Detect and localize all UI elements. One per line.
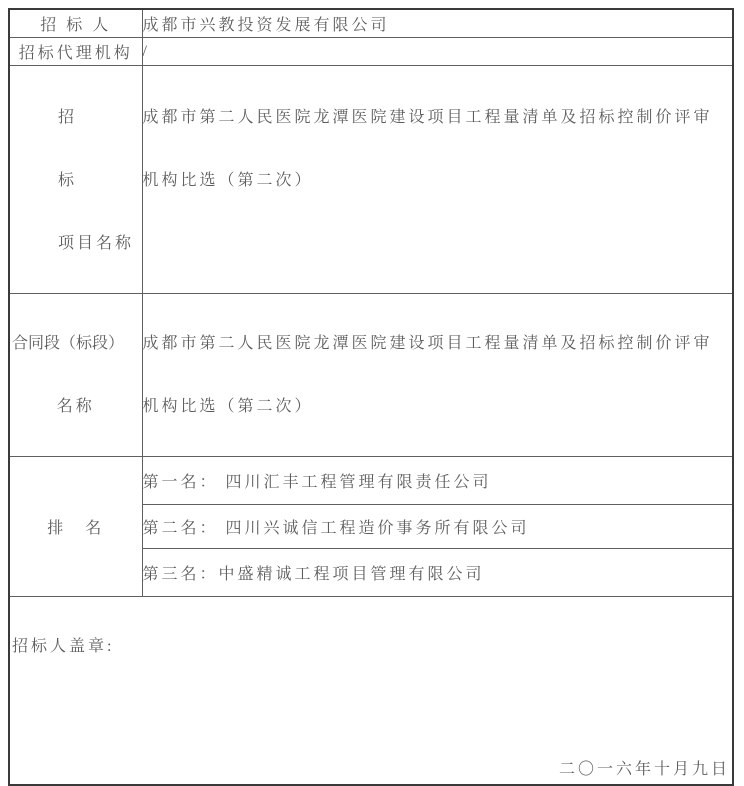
contract-value-line-2: 机构比选（第二次）: [143, 393, 733, 420]
bidder-label: 招 标 人: [9, 9, 142, 38]
ranking-row-1: 排 名 第一名： 四川汇丰工程管理有限责任公司: [9, 457, 733, 505]
seal-label: 招标人盖章:: [10, 633, 732, 656]
ranking-label: 排 名: [9, 457, 142, 597]
rank-3-prefix: 第三名：: [143, 566, 219, 583]
contract-section-value: 成都市第二人民医院龙潭医院建设项目工程量清单及招标控制价评审 机构比选（第二次）: [142, 294, 733, 457]
project-name-value: 成都市第二人民医院龙潭医院建设项目工程量清单及招标控制价评审 机构比选（第二次）: [142, 66, 733, 294]
rank-1-prefix: 第一名：: [143, 474, 226, 491]
bidder-row: 招 标 人 成都市兴教投资发展有限公司: [9, 9, 733, 38]
project-label-line-3: 项目名称: [10, 230, 142, 257]
document-date: 二〇一六年十月九日: [559, 762, 730, 778]
ranking-third: 第三名：中盛精诚工程项目管理有限公司: [142, 549, 733, 597]
agency-label: 招标代理机构: [9, 38, 142, 66]
project-value-line-2: 机构比选（第二次）: [143, 167, 733, 194]
bidder-value: 成都市兴教投资发展有限公司: [142, 9, 733, 38]
contract-section-label: 合同段（标段） 名称: [9, 294, 142, 457]
bid-result-table: 招 标 人 成都市兴教投资发展有限公司 招标代理机构 / 招 标 项目名称 成都…: [8, 8, 734, 786]
ranking-second: 第二名： 四川兴诚信工程造价事务所有限公司: [142, 505, 733, 549]
project-label-line-1: 招: [10, 102, 142, 131]
seal-row: 招标人盖章: 二〇一六年十月九日: [9, 597, 733, 786]
rank-2-company: 四川兴诚信工程造价事务所有限公司: [226, 520, 530, 537]
project-label-line-2: 标: [10, 167, 142, 194]
ranking-first: 第一名： 四川汇丰工程管理有限责任公司: [142, 457, 733, 505]
contract-label-line-1: 合同段（标段）: [10, 330, 142, 357]
project-value-line-1: 成都市第二人民医院龙潭医院建设项目工程量清单及招标控制价评审: [143, 102, 733, 131]
agency-value: /: [142, 38, 733, 66]
project-name-row: 招 标 项目名称 成都市第二人民医院龙潭医院建设项目工程量清单及招标控制价评审 …: [9, 66, 733, 294]
contract-label-line-2: 名称: [10, 393, 142, 420]
contract-value-line-1: 成都市第二人民医院龙潭医院建设项目工程量清单及招标控制价评审: [143, 330, 733, 357]
agency-row: 招标代理机构 /: [9, 38, 733, 66]
rank-2-prefix: 第二名：: [143, 520, 226, 537]
seal-cell: 招标人盖章: 二〇一六年十月九日: [9, 597, 733, 786]
project-name-label: 招 标 项目名称: [9, 66, 142, 294]
rank-1-company: 四川汇丰工程管理有限责任公司: [226, 474, 492, 491]
contract-section-row: 合同段（标段） 名称 成都市第二人民医院龙潭医院建设项目工程量清单及招标控制价评…: [9, 294, 733, 457]
rank-3-company: 中盛精诚工程项目管理有限公司: [219, 566, 485, 583]
